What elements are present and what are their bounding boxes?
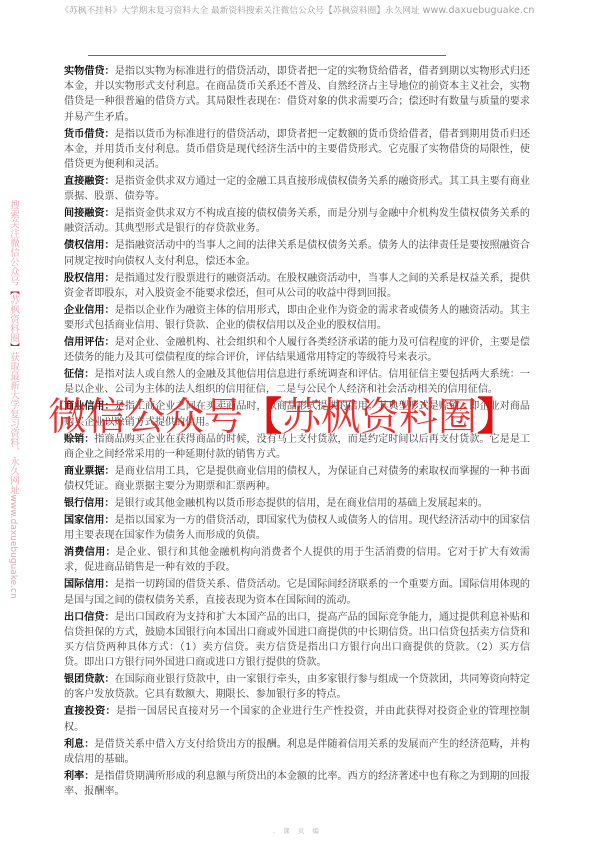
entry-definition: 是指以企业作为融资主体的信用形式，即由企业作为资金的需求者或债务人的融资活动。其… (64, 305, 530, 331)
entry-term: 间接融资： (64, 208, 115, 219)
entry-definition: 是借贷关系中借入方支付给贷出方的报酬。利息是伴随着信用关系的发展而产生的经济范畴… (64, 739, 530, 765)
entry-definition: 是指通过发行股票进行的融资活动。在股权融资活动中，当事人之间的关系是权益关系，提… (64, 273, 530, 299)
glossary-entry: 出口信贷：是出口国政府为支持和扩大本国产品的出口，提高产品的国际竞争能力，通过提… (64, 610, 530, 671)
entry-definition: 是指一切跨国的借贷关系、借贷活动。它是国际间经济联系的一个重要方面。国际信用体现… (64, 579, 530, 605)
glossary-entry: 间接融资：是指资金供求双方不构成直接的债权债务关系，而是分别与金融中介机构发生债… (64, 206, 530, 236)
entry-definition: 是指以货币为标准进行的借贷活动，即贷者把一定数额的货币贷给借者，借者到期用货币归… (64, 129, 530, 170)
entry-term: 债权信用： (64, 240, 115, 251)
side-watermark-bracket-open: 【 (8, 286, 19, 296)
side-watermark: 搜索关注微信公众号【苏枫资料圈】获取最新大学复习资料，永久网址www.daxue… (5, 200, 19, 599)
glossary-entry: 实物借贷：是指以实物为标准进行的借贷活动，即贷者把一定的实物贷给借者，借者到期以… (64, 64, 530, 125)
side-watermark-part1: 搜索关注微信公众号 (8, 200, 19, 286)
entry-definition: 是指借贷期满所形成的利息额与所贷出的本金额的比率。西方的经济著述中也有称之为到期… (64, 771, 530, 797)
entry-definition: 是指融资活动中的当事人之间的法律关系是债权债务关系。债务人的法律责任是要按照融资… (64, 240, 530, 266)
entry-definition: 是对企业、金融机构、社会组织和个人履行各类经济承诺的能力及可信程度的评价，主要是… (64, 337, 530, 363)
glossary-entry: 利率：是指借贷期满所形成的利息额与所贷出的本金额的比率。西方的经济著述中也有称之… (64, 769, 530, 799)
entry-definition: 是出口国政府为支持和扩大本国产品的出口，提高产品的国际竞争能力，通过提供利息补贴… (64, 612, 530, 669)
entry-term: 出口信贷： (64, 612, 115, 623)
entry-definition: 是指对法人或自然人的金融及其他信用信息进行系统调查和评估。信用征信主要包括两大系… (64, 369, 530, 395)
entry-term: 征信： (64, 369, 94, 380)
header-url: www.daxuebuguake.cn (423, 5, 535, 16)
entry-term: 货币借贷： (64, 129, 115, 140)
side-watermark-url: www.daxuebuguake.cn (8, 495, 18, 599)
entry-term: 信用评估： (64, 337, 115, 348)
entry-term: 银行信用： (64, 498, 114, 509)
glossary-entry: 银行信用：是银行或其他金融机构以货币形态提供的信用，是在商业信用的基础上发展起来… (64, 496, 530, 511)
glossary-entry: 货币借贷：是指以货币为标准进行的借贷活动，即贷者把一定数额的货币贷给借者，借者到… (64, 127, 530, 173)
glossary-entry: 直接融资：是指资金供求双方通过一定的金融工具直接形成债权债务关系的融资形式。其工… (64, 174, 530, 204)
side-watermark-part2: 获取最新大学复习资料，永久网址 (8, 352, 19, 495)
glossary-entry: 国际信用：是指一切跨国的借贷关系、借贷活动。它是国际间经济联系的一个重要方面。国… (64, 577, 530, 607)
glossary-entry: 利息：是借贷关系中借入方支付给贷出方的报酬。利息是伴随着信用关系的发展而产生的经… (64, 737, 530, 767)
glossary-entry: 商业票据：是商业信用工具，它是提供商业信用的债权人，为保证自己对债务的索取权而掌… (64, 464, 530, 494)
entry-definition: 是指以实物为标准进行的借贷活动，即贷者把一定的实物贷给借者，借者到期以实物形式归… (64, 66, 530, 123)
entry-definition: 是指以国家为一方的借贷活动，即国家代为债权人或债务人的信用。现代经济活动中的国家… (64, 515, 530, 541)
glossary-entry: 直接投资：是指一国居民直接对另一个国家的企业进行生产性投资，并由此获得对投资企业… (64, 704, 530, 734)
entry-definition: 在国际商业银行贷款中，由一家银行牵头，由多家银行参与组成一个贷款团，共同筹资向特… (64, 674, 530, 700)
entry-term: 商业票据： (64, 466, 115, 477)
side-watermark-name: 苏枫资料圈 (8, 295, 19, 343)
entry-term: 消费信用： (64, 547, 116, 558)
entry-term: 银团贷款： (64, 674, 115, 685)
glossary-entry: 赊销：指商品购买企业在获得商品的时候，没有马上支付货款，而是约定时间以后再支付货… (64, 432, 530, 462)
entry-term: 企业信用： (64, 305, 115, 316)
page-header-banner: 《苏枫不挂科》大学期末复习资料大全 最新资料搜索关注微信公众号【苏枫资料圈】永久… (0, 4, 595, 16)
entry-term: 股权信用： (64, 273, 115, 284)
glossary-entry: 信用评估：是对企业、金融机构、社会组织和个人履行各类经济承诺的能力及可信程度的评… (64, 335, 530, 365)
entry-definition: 是指资金供求双方通过一定的金融工具直接形成债权债务关系的融资形式。其工具主要有商… (64, 176, 530, 202)
entry-term: 赊销： (64, 434, 94, 445)
glossary-entry: 银团贷款：在国际商业银行贷款中，由一家银行牵头，由多家银行参与组成一个贷款团，共… (64, 672, 530, 702)
entry-definition: 是指资金供求双方不构成直接的债权债务关系，而是分别与金融中介机构发生债权债务关系… (64, 208, 530, 234)
entry-term: 利率： (64, 771, 94, 782)
entry-definition: 是指一国居民直接对另一个国家的企业进行生产性投资，并由此获得对投资企业的管理控制… (64, 706, 530, 732)
header-text: 《苏枫不挂科》大学期末复习资料大全 最新资料搜索关注微信公众号【苏枫资料圈】永久… (60, 6, 422, 16)
entry-term: 国家信用： (64, 515, 115, 526)
entry-term: 利息： (64, 739, 94, 750)
glossary-entry: 征信：是指对法人或自然人的金融及其他信用信息进行系统调查和评估。信用征信主要包括… (64, 367, 530, 397)
glossary-entry: 股权信用：是指通过发行股票进行的融资活动。在股权融资活动中，当事人之间的关系是权… (64, 271, 530, 301)
header-divider (88, 55, 446, 56)
entry-term: 国际信用： (64, 579, 115, 590)
entry-definition: 是商业信用工具，它是提供商业信用的债权人，为保证自己对债务的索取权而掌握的一种书… (64, 466, 530, 492)
side-watermark-bracket-close: 】 (8, 343, 19, 353)
glossary-entry: 消费信用：是企业、银行和其他金融机构向消费者个人提供的用于生活消费的信用。它对于… (64, 545, 530, 575)
entry-term: 实物借贷： (64, 66, 115, 77)
entry-definition: 是银行或其他金融机构以货币形态提供的信用，是在商业信用的基础上发展起来的。 (114, 498, 487, 509)
page-footer: . 课 贝 编 (0, 826, 595, 835)
entry-term: 直接投资： (64, 706, 116, 717)
entry-term: 直接融资： (64, 176, 115, 187)
entry-definition: 指商品购买企业在获得商品的时候，没有马上支付货款，而是约定时间以后再支付货款。它… (64, 434, 530, 460)
entry-term: 商业信用： (64, 401, 115, 412)
glossary-entry: 债权信用：是指融资活动中的当事人之间的法律关系是债权债务关系。债务人的法律责任是… (64, 238, 530, 268)
glossary-entry: 企业信用：是指以企业作为融资主体的信用形式，即由企业作为资金的需求者或债务人的融… (64, 303, 530, 333)
glossary-entry: 国家信用：是指以国家为一方的借贷活动，即国家代为债权人或债务人的信用。现代经济活… (64, 513, 530, 543)
entry-definition: 是指工商企业之间在买卖商品时，以商品形式提供的信用。其典型形式是赊销，即企业对商… (64, 401, 530, 427)
glossary-content: 实物借贷：是指以实物为标准进行的借贷活动，即贷者把一定的实物贷给借者，借者到期以… (64, 64, 530, 801)
entry-definition: 是企业、银行和其他金融机构向消费者个人提供的用于生活消费的信用。它对于扩大有效需… (64, 547, 530, 573)
glossary-entry: 商业信用：是指工商企业之间在买卖商品时，以商品形式提供的信用。其典型形式是赊销，… (64, 399, 530, 429)
